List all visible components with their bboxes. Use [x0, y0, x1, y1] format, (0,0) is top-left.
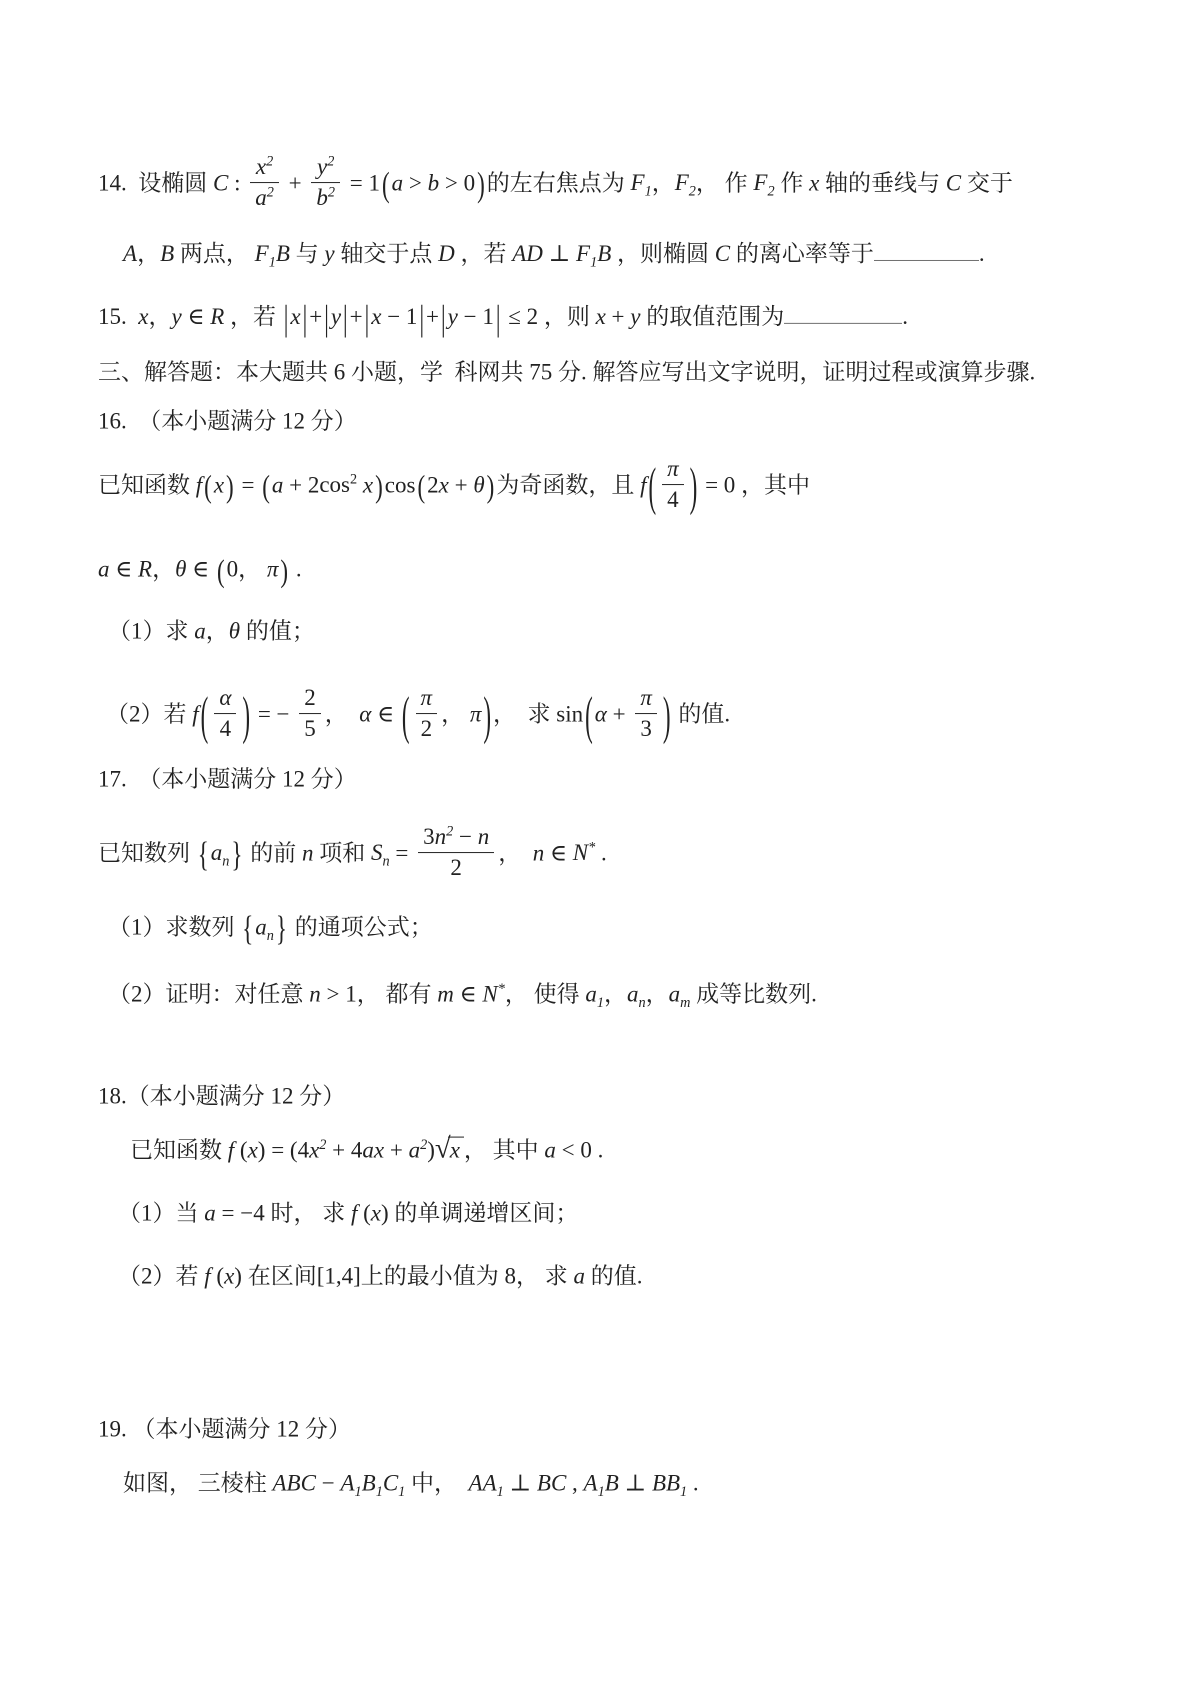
text: ⊥ [619, 1470, 652, 1495]
text: 4 [220, 717, 232, 742]
text: 的取值范围为 [641, 304, 785, 329]
math-var: π [421, 685, 433, 710]
problem-18-part-2: （2）若 f (x) 在区间[1,4]上的最小值为 8， 求 a 的值. [118, 1260, 643, 1291]
subscript: 1 [497, 1484, 504, 1500]
stretched-delimiter: ( [382, 162, 390, 209]
text: = − [252, 701, 295, 726]
text: ，则椭圆 [611, 241, 715, 266]
math-var: f [640, 472, 646, 497]
math-var: A1 [340, 1470, 361, 1495]
stretched-delimiter: ( [648, 451, 656, 522]
fraction-denominator: 2 [418, 854, 494, 882]
math-var: F2 [675, 170, 696, 195]
math-var: B [597, 241, 611, 266]
text: 2 [304, 685, 316, 710]
math-var: F2 [753, 170, 774, 195]
text: : [228, 170, 246, 195]
text: + [350, 304, 363, 329]
text: . [687, 1470, 699, 1495]
text: ， [325, 701, 360, 726]
stretched-delimiter: ( [262, 465, 270, 508]
text: < 0 . [556, 1138, 603, 1163]
problem-17-header: 17. （本小题满分 12 分） [98, 763, 357, 794]
text: ∈ [186, 556, 215, 581]
text: > 0 [439, 170, 475, 195]
text: 为奇函数，且 [496, 472, 640, 497]
radical: √x [435, 1130, 464, 1169]
math-var: x [371, 1200, 381, 1225]
problem-18-given: 已知函数 f (x) = (4x2 + 4ax + a2)√x， 其中 a < … [130, 1130, 603, 1169]
math-var: x [214, 472, 224, 497]
text: − 1 [458, 304, 494, 329]
stretched-delimiter: | [365, 295, 370, 343]
math-var: θ [229, 618, 240, 643]
text: + 2 [283, 472, 319, 497]
text: ， [137, 241, 160, 266]
text: 5 [304, 717, 316, 742]
text: ， [652, 170, 675, 195]
superscript: 2 [327, 153, 334, 169]
math-var: am [669, 981, 691, 1006]
text: ) [427, 1138, 435, 1163]
superscript: * [498, 981, 505, 997]
math-var: C [213, 170, 228, 195]
answer-blank [784, 300, 902, 324]
text: ， 使得 [505, 981, 586, 1006]
math-var: x [224, 1263, 234, 1288]
problem-16-given: 已知函数 f(x) = (a + 2cos2 x)cos(2x + θ)为奇函数… [98, 458, 810, 516]
subscript: 2 [767, 184, 774, 200]
math-var: an [255, 914, 274, 939]
math-var: F1 [631, 170, 652, 195]
math-var: a [544, 1138, 556, 1163]
subscript: 1 [355, 1484, 362, 1500]
subscript: m [680, 995, 690, 1011]
stretched-delimiter: { [198, 832, 209, 879]
text: ∈ [544, 840, 573, 865]
text: + [607, 701, 631, 726]
text: 4 [667, 488, 679, 513]
subscript: 1 [269, 255, 276, 271]
text: ， [498, 840, 533, 865]
math-var: y [448, 304, 458, 329]
text: （1）求数列 [108, 914, 240, 939]
stretched-delimiter: ) [280, 549, 288, 592]
text: ， [206, 618, 229, 643]
math-var: f [196, 472, 202, 497]
math-var: a2 [255, 186, 274, 211]
stretched-delimiter: | [284, 295, 289, 343]
text: ( [211, 1263, 224, 1288]
text: ) 的单调递增区间； [381, 1200, 578, 1225]
problem-18-part-1: （1）当 a = −4 时， 求 f (x) 的单调递增区间； [118, 1197, 578, 1228]
fraction: π4 [662, 456, 684, 514]
text: 三、解答题：本大题共 6 小题，学 科网共 75 分. 解答应写出文字说明，证明… [98, 359, 1035, 384]
subscript: 1 [598, 1484, 605, 1500]
text: （2）证明：对任意 [108, 981, 309, 1006]
text: ⊥ [504, 1470, 537, 1495]
text: ( [234, 1138, 247, 1163]
fraction: π3 [635, 685, 657, 743]
math-var: θ [473, 472, 484, 497]
text: 两点， [174, 241, 255, 266]
subscript: n [638, 995, 645, 1011]
subscript: n [382, 854, 389, 870]
stretched-delimiter: ) [477, 162, 485, 209]
text: cos [385, 472, 416, 497]
text: . [902, 304, 908, 329]
text: 16. （本小题满分 12 分） [98, 408, 357, 433]
math-var: a [194, 618, 206, 643]
fraction-numerator: 2 [299, 685, 321, 714]
text: 3 [640, 717, 652, 742]
math-var: a2 [409, 1138, 428, 1163]
math-var: AA1 [469, 1470, 504, 1495]
text: 已知数列 [98, 840, 196, 865]
text: ∈ [454, 981, 483, 1006]
text: 的值； [240, 618, 315, 643]
problem-16-domain: a ∈ R，θ ∈ (0， π) . [98, 553, 302, 586]
problem-16-part-2: （2）若 f(α4) = − 25， α ∈ (π2， π)， 求 sin(α … [106, 687, 730, 745]
math-var: B [276, 241, 290, 266]
fraction-denominator: 3 [635, 715, 657, 743]
text: > [403, 170, 427, 195]
text: − 1 [381, 304, 417, 329]
math-var: n [478, 824, 490, 849]
math-var: α [359, 701, 371, 726]
problem-17-part-1: （1）求数列 {an} 的通项公式； [108, 911, 433, 944]
stretched-delimiter: ) [487, 465, 495, 508]
stretched-delimiter: ) [226, 465, 234, 508]
section-3-header: 三、解答题：本大题共 6 小题，学 科网共 75 分. 解答应写出文字说明，证明… [98, 356, 1035, 387]
math-var: x [138, 304, 148, 329]
problem-14-line-2: A，B 两点， F1B 与 y 轴交于点 D ，若 AD ⊥ F1B ，则椭圆 … [123, 237, 985, 269]
text: = [236, 472, 260, 497]
stretched-delimiter: ) [375, 465, 383, 508]
text: = −4 时， 求 [216, 1200, 351, 1225]
text: 2 [421, 717, 433, 742]
math-var: θ [175, 556, 186, 581]
fraction-denominator: a2 [250, 184, 279, 212]
math-var: y [324, 241, 334, 266]
text: 14. 设椭圆 [98, 170, 213, 195]
text: + [606, 304, 630, 329]
math-var: F1 [255, 241, 276, 266]
math-var: π [640, 685, 652, 710]
text: 的值. [585, 1263, 643, 1288]
math-var: n [309, 981, 321, 1006]
math-var: C1 [383, 1470, 405, 1495]
math-var: n [302, 840, 314, 865]
text: ) = (4 [258, 1138, 309, 1163]
fraction-numerator: α [214, 685, 236, 714]
stretched-delimiter: | [419, 295, 424, 343]
stretched-delimiter: ( [201, 680, 209, 751]
text: ) 在区间[1,4]上的最小值为 8， 求 [234, 1263, 573, 1288]
math-var: a [272, 472, 284, 497]
text: ∈ [371, 701, 400, 726]
text: ， [148, 304, 171, 329]
math-var: an [211, 840, 230, 865]
math-var: x [439, 472, 449, 497]
superscript: 2 [328, 185, 335, 201]
math-var: a1 [585, 981, 604, 1006]
math-var: π [470, 701, 482, 726]
subscript: 1 [376, 1484, 383, 1500]
stretched-delimiter: | [343, 295, 348, 343]
stretched-delimiter: ) [663, 680, 671, 751]
math-var: α [595, 701, 607, 726]
math-var: y2 [317, 154, 334, 179]
math-var: f [192, 701, 198, 726]
text: , [566, 1470, 583, 1495]
text: 交于 [961, 170, 1013, 195]
text: + [283, 170, 307, 195]
math-var: a [98, 556, 110, 581]
subscript: 1 [645, 184, 652, 200]
math-var: R [210, 304, 224, 329]
text: 19. （本小题满分 12 分） [98, 1416, 351, 1441]
subscript: 1 [597, 995, 604, 1011]
math-var: Sn [371, 840, 390, 865]
text: 2 [450, 856, 462, 881]
math-var: A1 [584, 1470, 605, 1495]
text: 中， [405, 1470, 468, 1495]
math-var: B [160, 241, 174, 266]
math-var: N* [573, 840, 595, 865]
text: ， 其中 [464, 1138, 545, 1163]
text: 的通项公式； [289, 914, 433, 939]
text: + [309, 304, 322, 329]
math-var: x [248, 1138, 258, 1163]
math-var: A [123, 241, 137, 266]
text: 3 [423, 824, 435, 849]
math-var: a [574, 1263, 586, 1288]
text: （2）若 [106, 701, 192, 726]
text: ∈ [110, 556, 139, 581]
text: 的值. [673, 701, 731, 726]
math-var: N* [482, 981, 504, 1006]
fraction-denominator: 4 [662, 486, 684, 514]
stretched-delimiter: ) [483, 680, 491, 751]
text: ⊥ [543, 241, 576, 266]
problem-19-header: 19. （本小题满分 12 分） [98, 1413, 351, 1444]
stretched-delimiter: | [441, 295, 446, 343]
text: + [449, 472, 473, 497]
text: 如图， 三棱柱 [123, 1470, 273, 1495]
text: − [316, 1470, 340, 1495]
problem-16-part-1: （1）求 a，θ 的值； [108, 615, 315, 646]
text: 2 [427, 472, 439, 497]
problem-17-given: 已知数列 {an} 的前 n 项和 Sn = 3n2 − n2， n ∈ N* … [98, 826, 607, 884]
stretched-delimiter: | [496, 295, 501, 343]
subscript: 2 [689, 184, 696, 200]
math-var: a [392, 170, 404, 195]
text: − [453, 824, 477, 849]
text: ， [646, 981, 669, 1006]
stretched-delimiter: } [276, 906, 287, 953]
stretched-delimiter: ) [690, 451, 698, 522]
math-var: C [715, 241, 730, 266]
math-var: n [533, 840, 545, 865]
math-var: x [290, 304, 300, 329]
radicand: x [448, 1137, 464, 1164]
text: （2）若 [118, 1263, 204, 1288]
fraction-denominator: 2 [416, 715, 438, 743]
math-var: AD [512, 241, 543, 266]
text: 17. （本小题满分 12 分） [98, 766, 357, 791]
problem-19-given: 如图， 三棱柱 ABC − A1B1C1 中， AA1 ⊥ BC , A1B ⊥… [123, 1467, 699, 1498]
text: ，若 [224, 304, 282, 329]
text: ∈ [182, 304, 211, 329]
math-var: D [438, 241, 455, 266]
fraction: 25 [299, 685, 321, 743]
text: 轴交于点 [335, 241, 439, 266]
text: 的离心率等于 [730, 241, 874, 266]
text: ， [441, 701, 470, 726]
text: 0， [227, 556, 267, 581]
problem-18-header: 18.（本小题满分 12 分） [98, 1080, 345, 1111]
text: cos2 [319, 472, 357, 497]
math-var: x2 [309, 1138, 326, 1163]
math-var: x [809, 170, 819, 195]
fraction-numerator: y2 [311, 154, 340, 183]
text: ≤ 2 ，则 [502, 304, 595, 329]
math-var: x2 [256, 154, 273, 179]
stretched-delimiter: | [303, 295, 308, 343]
text: = [390, 840, 414, 865]
math-var: BB1 [652, 1470, 687, 1495]
fraction-numerator: π [416, 685, 438, 714]
fraction: π2 [416, 685, 438, 743]
math-var: π [667, 456, 679, 481]
text: 已知函数 [130, 1138, 228, 1163]
text: 15. [98, 304, 138, 329]
math-var: b2 [316, 186, 335, 211]
math-var: x [450, 1138, 460, 1163]
math-var: R [138, 556, 152, 581]
text: ， 作 [696, 170, 754, 195]
stretched-delimiter: | [324, 295, 329, 343]
math-var: F1 [576, 241, 597, 266]
math-var: x [363, 472, 373, 497]
superscript: 2 [267, 185, 274, 201]
stretched-delimiter: } [231, 832, 242, 879]
text: 项和 [313, 840, 371, 865]
text: 的前 [244, 840, 302, 865]
math-var: B [605, 1470, 619, 1495]
math-var: an [627, 981, 646, 1006]
text: ， [604, 981, 627, 1006]
text: （1）求 [108, 618, 194, 643]
math-var: y [630, 304, 640, 329]
fraction-numerator: π [662, 456, 684, 485]
text: ，若 [455, 241, 513, 266]
text: = 1 [344, 170, 380, 195]
fraction-denominator: b2 [311, 184, 340, 212]
text: （1）当 [118, 1200, 204, 1225]
math-var: B1 [362, 1470, 383, 1495]
text: . [595, 840, 607, 865]
math-var: x [371, 304, 381, 329]
text: . [979, 241, 985, 266]
subscript: n [222, 854, 229, 870]
math-var: BC [537, 1470, 566, 1495]
answer-blank [874, 237, 979, 261]
stretched-delimiter: ) [242, 680, 250, 751]
text: 与 [290, 241, 325, 266]
math-var: ax [362, 1138, 384, 1163]
stretched-delimiter: ( [585, 680, 593, 751]
math-var: x [596, 304, 606, 329]
text: ( [357, 1200, 370, 1225]
stretched-delimiter: ( [217, 549, 225, 592]
math-var: a [204, 1200, 216, 1225]
exam-page: 14. 设椭圆 C : x2a2 + y2b2 = 1(a > b > 0)的左… [0, 0, 1200, 1698]
text: = 0 ，其中 [699, 472, 810, 497]
text: ， 求 sin [493, 701, 583, 726]
fraction: y2b2 [311, 154, 340, 212]
text: 成等比数列. [690, 981, 817, 1006]
superscript: 2 [266, 153, 273, 169]
subscript: n [267, 928, 274, 944]
problem-17-part-2: （2）证明：对任意 n > 1， 都有 m ∈ N*， 使得 a1，an，am … [108, 978, 817, 1009]
math-var: m [437, 981, 454, 1006]
stretched-delimiter: { [242, 906, 253, 953]
text: 作 [775, 170, 810, 195]
math-var: ABC [273, 1470, 316, 1495]
text: + 4 [326, 1138, 362, 1163]
problem-14-line-1: 14. 设椭圆 C : x2a2 + y2b2 = 1(a > b > 0)的左… [98, 156, 1013, 214]
stretched-delimiter: ( [204, 465, 212, 508]
fraction-numerator: 3n2 − n [418, 824, 494, 853]
fraction: α4 [214, 685, 236, 743]
text: + [384, 1138, 408, 1163]
text: ， [152, 556, 175, 581]
math-var: C [946, 170, 961, 195]
text: . [290, 556, 302, 581]
text: 18.（本小题满分 12 分） [98, 1083, 345, 1108]
text: 已知函数 [98, 472, 196, 497]
fraction-denominator: 5 [299, 715, 321, 743]
text: 的左右焦点为 [487, 170, 631, 195]
text: 轴的垂线与 [819, 170, 946, 195]
text: > 1， 都有 [321, 981, 437, 1006]
text: + [426, 304, 439, 329]
math-var: n2 [435, 824, 454, 849]
problem-16-header: 16. （本小题满分 12 分） [98, 405, 357, 436]
problem-15: 15. x，y ∈ R ，若 |x|+|y|+|x − 1|+|y − 1| ≤… [98, 300, 908, 334]
fraction-denominator: 4 [214, 715, 236, 743]
math-var: b [428, 170, 440, 195]
math-var: α [219, 685, 231, 710]
fraction-numerator: π [635, 685, 657, 714]
stretched-delimiter: ( [417, 465, 425, 508]
math-var: π [267, 556, 279, 581]
fraction-numerator: x2 [250, 154, 279, 183]
stretched-delimiter: ( [402, 680, 410, 751]
fraction: x2a2 [250, 154, 279, 212]
math-var: y [171, 304, 181, 329]
math-var: y [331, 304, 341, 329]
fraction: 3n2 − n2 [418, 824, 494, 882]
